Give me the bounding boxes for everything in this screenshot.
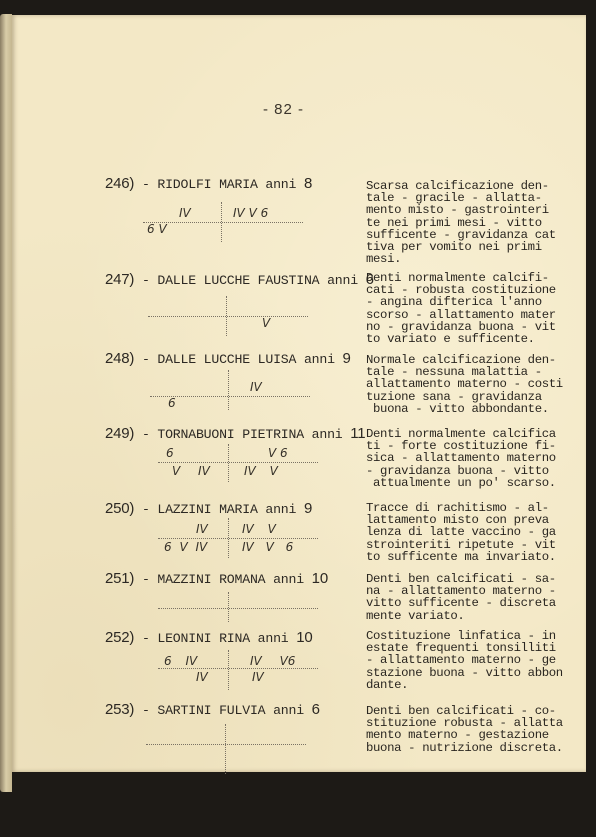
entry-notes: Tracce di rachitismo - al- lattamento mi…: [366, 502, 590, 563]
mark-lower-right: IV V 6: [242, 540, 293, 554]
entry-heading: 247) - DALLE LUCCHE FAUSTINA anni 6: [105, 271, 374, 288]
entry-number: 250): [105, 500, 134, 517]
entry-age: 9: [304, 500, 312, 517]
dental-chart: IV 6: [150, 370, 310, 430]
entry-name: - SARTINI FULVIA anni: [142, 703, 304, 718]
dental-chart: 6 V 6 V IV IV V: [158, 440, 318, 500]
entry-age: 9: [343, 350, 351, 367]
entry-number: 253): [105, 701, 134, 718]
chart-vertical-line: [228, 518, 229, 558]
entry-notes: Denti normalmente calcifi- cati - robust…: [366, 272, 590, 345]
entry-age: 6: [312, 701, 320, 718]
mark-lower-left: V IV: [172, 464, 210, 478]
page-number: - 82 -: [263, 101, 304, 118]
mark-lower-right: IV: [252, 670, 264, 684]
entry-number: 247): [105, 271, 134, 288]
mark-upper-right: IV: [250, 380, 262, 394]
mark-upper-left: 6 IV: [164, 654, 197, 668]
entry-age: 10: [296, 629, 312, 646]
entry-age: 8: [304, 175, 312, 192]
entry-notes: Scarsa calcificazione den- tale - gracil…: [366, 180, 590, 265]
entry-age: 10: [312, 570, 328, 587]
mark-upper-right: IV V6: [250, 654, 295, 668]
chart-vertical-line: [228, 444, 229, 482]
chart-horizontal-line: [148, 316, 308, 317]
chart-vertical-line: [228, 592, 229, 622]
chart-horizontal-line: [143, 222, 303, 223]
entry-heading: 250) - LAZZINI MARIA anni 9: [105, 500, 312, 517]
entry-number: 248): [105, 350, 134, 367]
dental-chart: [146, 720, 306, 780]
mark-lower-left: 6 V IV: [164, 540, 207, 554]
chart-vertical-line: [228, 650, 229, 690]
chart-vertical-line: [228, 370, 229, 410]
chart-horizontal-line: [158, 462, 318, 463]
entry-number: 252): [105, 629, 134, 646]
entry-age: 11: [350, 425, 365, 442]
dental-chart: IV IV V 6 6 V: [143, 196, 303, 256]
entry-name: - LAZZINI MARIA anni: [142, 502, 296, 517]
mark-upper-left: IV: [179, 206, 191, 220]
entry-notes: Normale calcificazione den- tale - nessu…: [366, 354, 590, 415]
entry-heading: 246) - RIDOLFI MARIA anni 8: [105, 175, 312, 192]
entry-name: - DALLE LUCCHE LUISA anni: [142, 352, 335, 367]
mark-upper-left: IV: [196, 522, 208, 536]
chart-vertical-line: [226, 296, 227, 336]
entry-name: - DALLE LUCCHE FAUSTINA anni: [142, 273, 358, 288]
mark-lower-left: 6 V: [147, 222, 167, 236]
entry-number: 249): [105, 425, 134, 442]
entry-heading: 252) - LEONINI RINA anni 10: [105, 629, 313, 646]
entry-name: - RIDOLFI MARIA anni: [142, 177, 296, 192]
entry-number: 246): [105, 175, 134, 192]
entry-heading: 248) - DALLE LUCCHE LUISA anni 9: [105, 350, 351, 367]
entry-heading: 253) - SARTINI FULVIA anni 6: [105, 701, 320, 718]
mark-lower-left: IV: [196, 670, 208, 684]
book-binding: [0, 14, 12, 792]
entry-notes: Denti ben calcificati - sa- na - allatta…: [366, 573, 590, 622]
mark-upper-right: IV V: [242, 522, 276, 536]
entry-name: - MAZZINI ROMANA anni: [142, 572, 304, 587]
chart-horizontal-line: [158, 608, 318, 609]
entry-notes: Denti normalmente calcifica ti - forte c…: [366, 428, 590, 489]
mark-lower-right: IV V: [244, 464, 278, 478]
entry-notes: Costituzione linfatica - in estate frequ…: [366, 630, 590, 691]
mark-upper-right: V 6: [268, 446, 288, 460]
mark-upper-left: 6: [166, 446, 174, 460]
entry-name: - LEONINI RINA anni: [142, 631, 289, 646]
dental-chart: IV IV V 6 V IV IV V 6: [158, 516, 318, 576]
mark-upper-right: IV V 6: [233, 206, 268, 220]
mark-lower-right: V: [262, 316, 270, 330]
mark-lower-left: 6: [168, 396, 176, 410]
chart-vertical-line: [221, 202, 222, 242]
entry-heading: 251) - MAZZINI ROMANA anni 10: [105, 570, 328, 587]
entry-notes: Denti ben calcificati - co- stituzione r…: [366, 705, 590, 754]
chart-horizontal-line: [158, 538, 318, 539]
chart-horizontal-line: [158, 668, 318, 669]
entry-number: 251): [105, 570, 134, 587]
chart-horizontal-line: [146, 744, 306, 745]
chart-vertical-line: [225, 724, 226, 774]
dental-chart: V: [148, 290, 308, 350]
